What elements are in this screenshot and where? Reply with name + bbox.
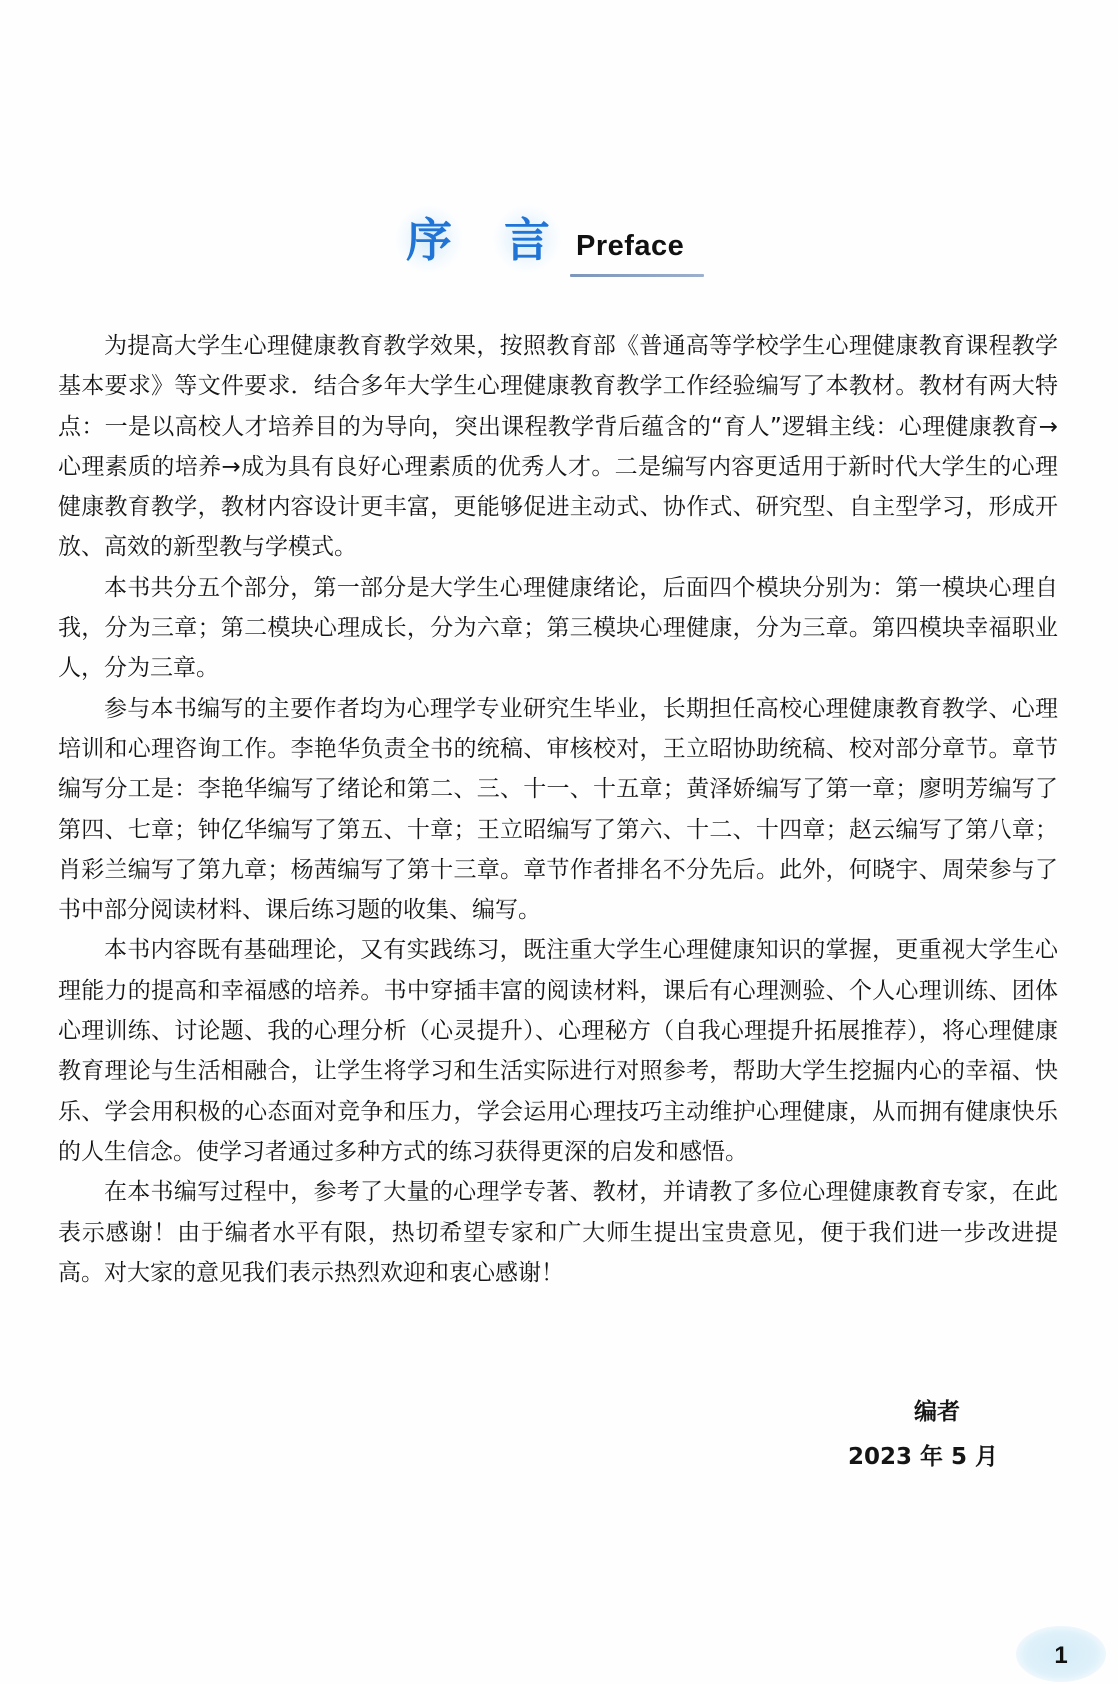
title-char-2-text: 言 (504, 213, 550, 267)
title-char-1: 序 (406, 212, 452, 268)
title-underline (570, 274, 704, 277)
paragraph: 为提高大学生心理健康教育教学效果，按照教育部《普通高等学校学生心理健康教育课程教… (58, 326, 1058, 568)
document-page: 序 言 Preface 为提高大学生心理健康教育教学效果，按照教育部《普通高等学… (0, 0, 1118, 1684)
paragraph: 本书共分五个部分，第一部分是大学生心理健康绪论，后面四个模块分别为：第一模块心理… (58, 568, 1058, 689)
preface-heading: 序 言 Preface (400, 208, 730, 288)
title-char-2: 言 (504, 212, 550, 268)
title-char-1-text: 序 (406, 213, 452, 267)
page-number: 1 (1054, 1642, 1067, 1670)
signature-author: 编者 (848, 1390, 998, 1435)
signature-date: 2023 年 5 月 (848, 1435, 998, 1480)
paragraph: 参与本书编写的主要作者均为心理学专业研究生毕业，长期担任高校心理健康教育教学、心… (58, 689, 1058, 931)
paragraph: 在本书编写过程中，参考了大量的心理学专著、教材，并请教了多位心理健康教育专家，在… (58, 1172, 1058, 1293)
paragraph: 本书内容既有基础理论，又有实践练习，既注重大学生心理健康知识的掌握，更重视大学生… (58, 930, 1058, 1172)
preface-body: 为提高大学生心理健康教育教学效果，按照教育部《普通高等学校学生心理健康教育课程教… (58, 326, 1058, 1293)
title-english: Preface (576, 230, 684, 263)
page-number-badge: 1 (1016, 1626, 1106, 1682)
signature-block: 编者 2023 年 5 月 (848, 1390, 998, 1480)
